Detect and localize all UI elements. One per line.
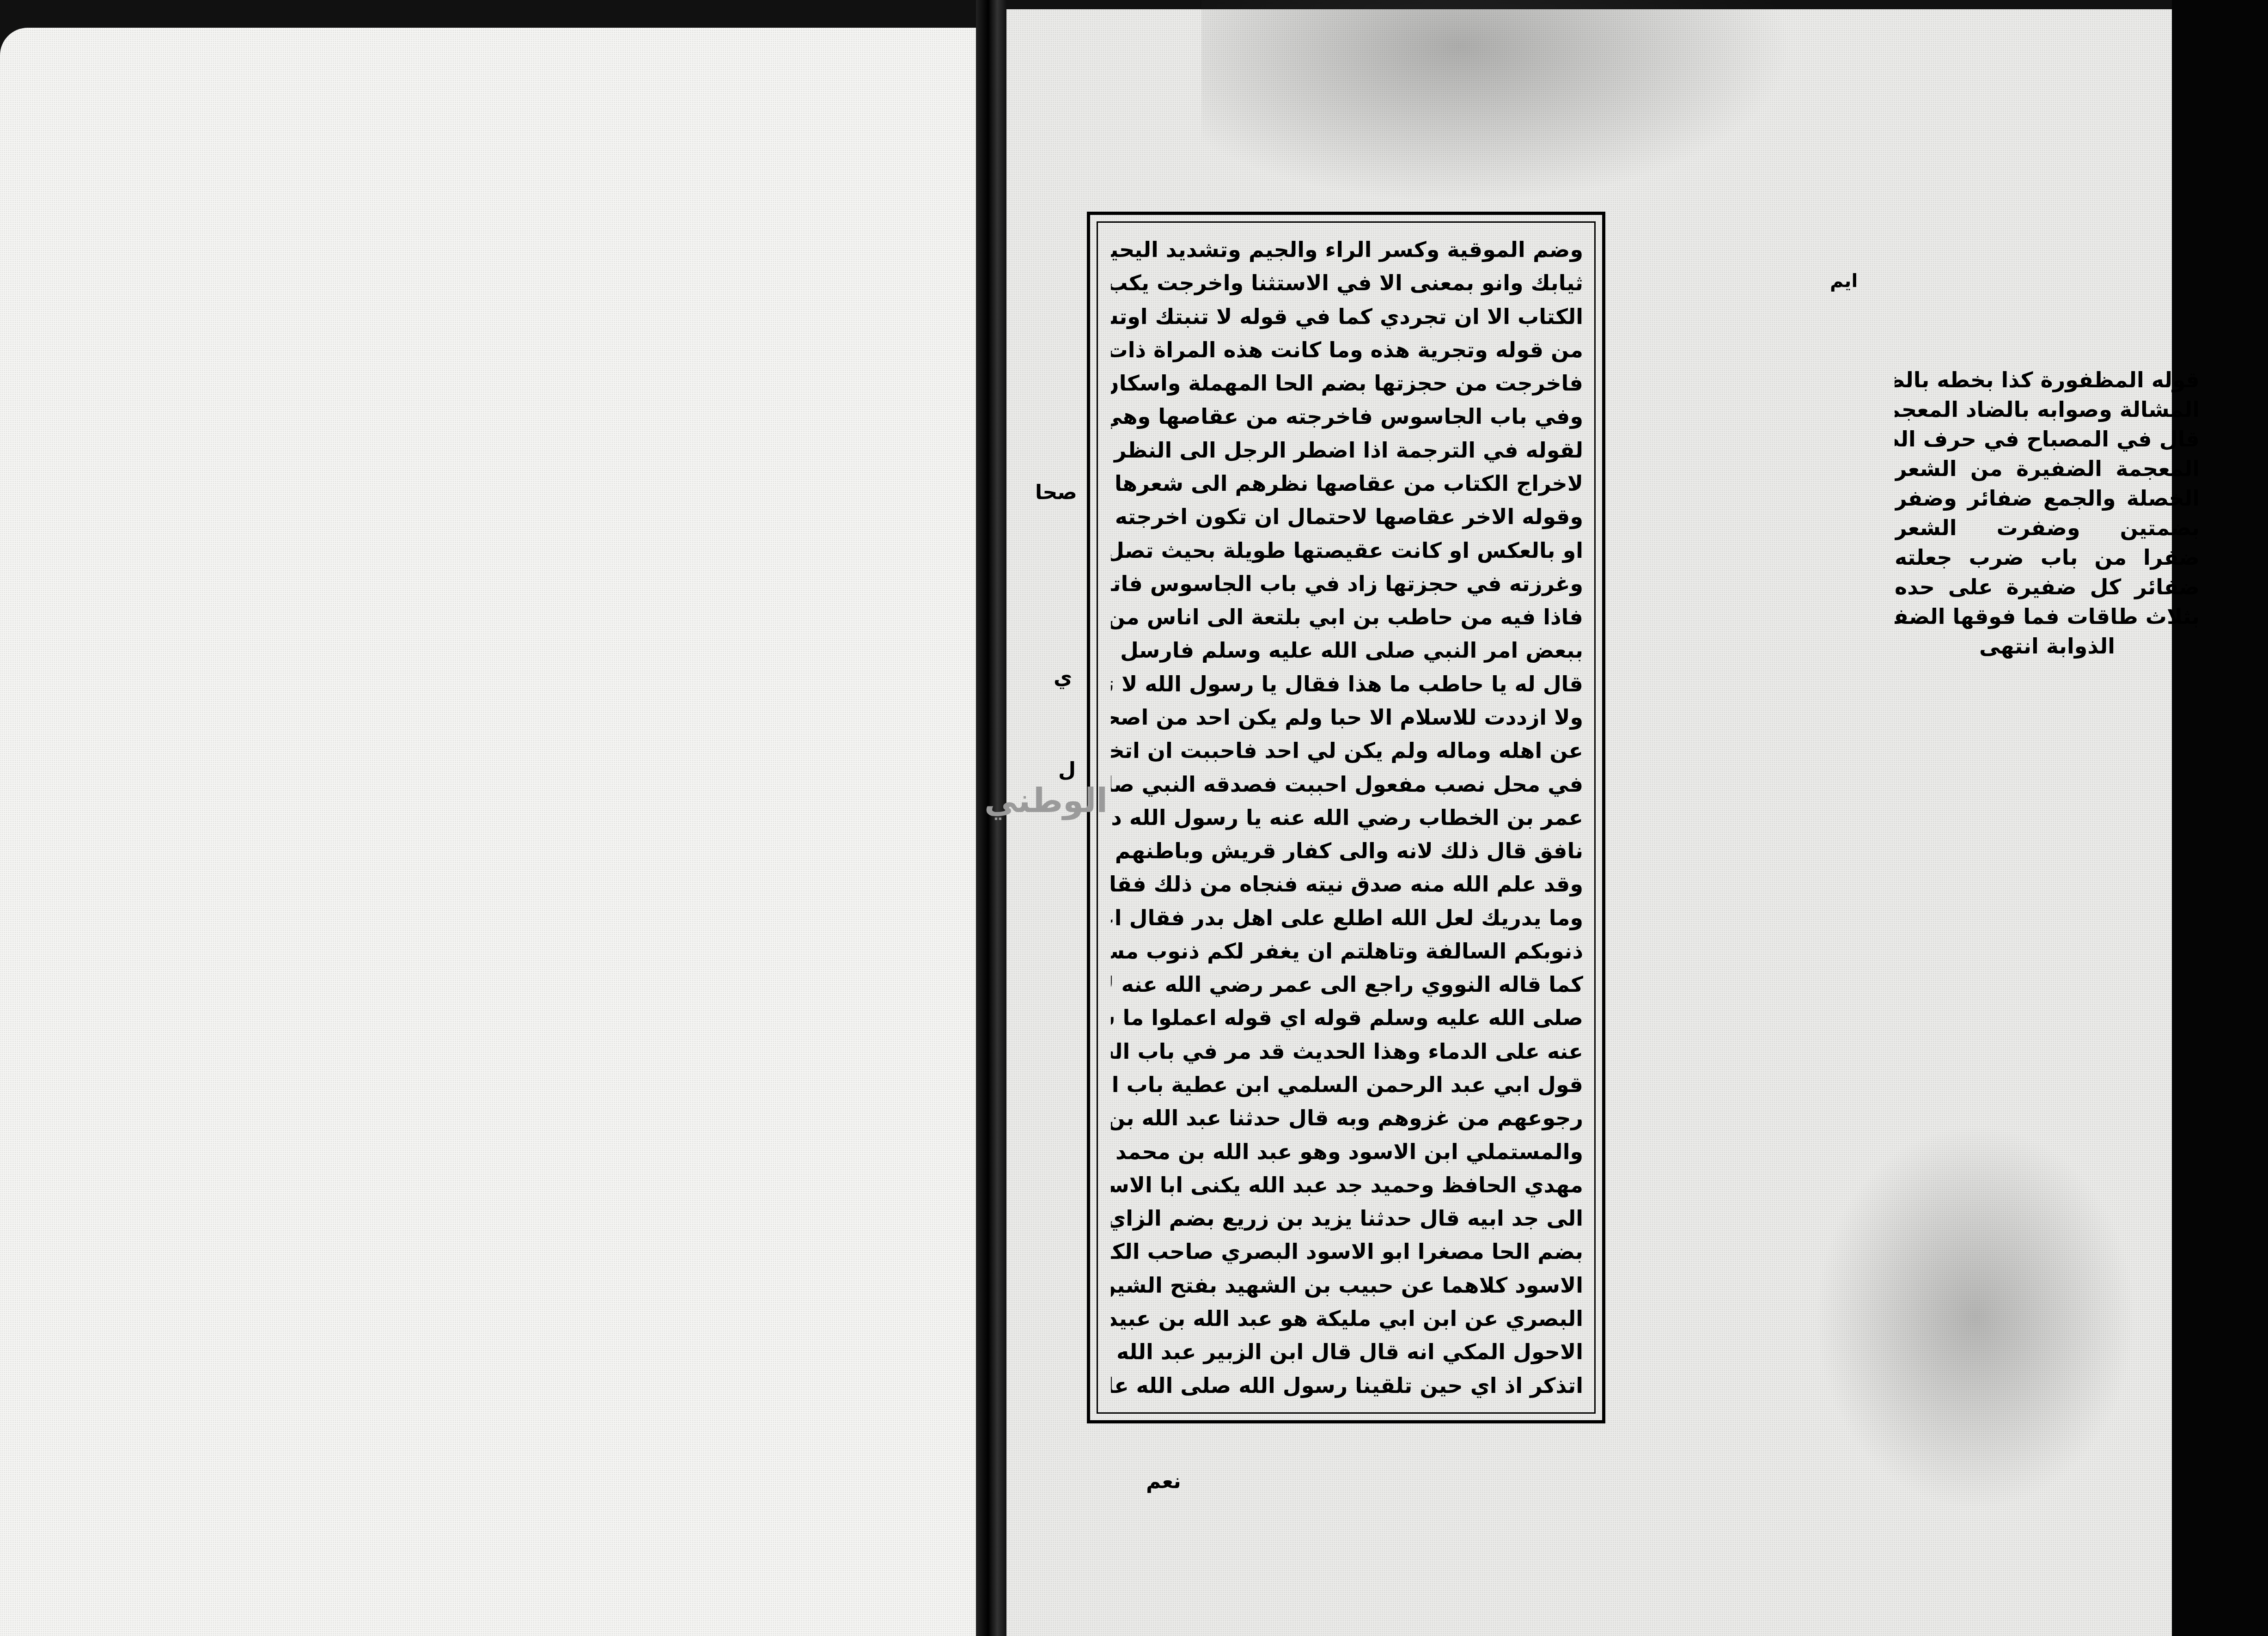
- gloss-line: الذوابة انتهى: [1895, 631, 2200, 661]
- text-line: وضم الموقية وكسر الراء والجيم وتشديد الي…: [1111, 233, 1583, 266]
- margin-gloss-right: قوله المظفورة كذا بخطه بالظاء المشالة وص…: [1895, 365, 2200, 661]
- gloss-line: قال في المصباح في حرف الضاد: [1895, 424, 2200, 454]
- water-stain: [1201, 0, 1848, 231]
- gloss-line: بضمتين وضفرت الشعر: [1895, 513, 2200, 543]
- text-line: كما قاله النووي راجع الى عمر رضي الله عن…: [1111, 968, 1583, 1001]
- gloss-line: ضفرا من باب ضرب جعلته: [1895, 543, 2200, 572]
- text-line: مهدي الحافظ وحميد جد عبد الله يكنى ابا ا…: [1111, 1168, 1583, 1202]
- gloss-line: المشالة وصوابه بالضاد المعجمة: [1895, 395, 2200, 424]
- text-line: عنه على الدماء وهذا الحديث قد مر في باب …: [1111, 1035, 1583, 1068]
- text-line: من قوله وتجرية هذه وما كانت هذه المراة ذ…: [1111, 333, 1583, 366]
- text-line: وما يدريك لعل الله اطلع على اهل بدر فقال…: [1111, 901, 1583, 934]
- text-line: ببعض امر النبي صلى الله عليه وسلم فارسل …: [1111, 634, 1583, 667]
- gloss-line: المعجمة الضفيرة من الشعر: [1895, 454, 2200, 483]
- text-line: لاخراج الكتاب من عقاصها نظرهم الى شعرها …: [1111, 467, 1583, 500]
- catchword: نعم: [1146, 1470, 1181, 1493]
- text-line: ذنوبكم السالفة وتاهلتم ان يغفر لكم ذنوب …: [1111, 934, 1583, 968]
- margin-mark-aym: ايم: [1830, 270, 1858, 292]
- text-line: في محل نصب مفعول احببت فصدقه النبي صلى ا…: [1111, 768, 1583, 801]
- text-line: قال له يا حاطب ما هذا فقال يا رسول الله …: [1111, 667, 1583, 701]
- scan-background-edge: [2172, 0, 2268, 1636]
- margin-mark-saha: صحا: [1035, 481, 1077, 504]
- text-line: فاخرجت من حجزتها بضم الحا المهملة واسكان…: [1111, 366, 1583, 400]
- text-line: وفي باب الجاسوس فاخرجته من عقاصها وهي شع…: [1111, 400, 1583, 433]
- text-frame-inner-rule: وضم الموقية وكسر الراء والجيم وتشديد الي…: [1097, 221, 1596, 1414]
- text-line: البصري عن ابن ابي مليكة هو عبد الله بن ع…: [1111, 1302, 1583, 1335]
- text-line: وقد علم الله منه صدق نيته فنجاه من ذلك ف…: [1111, 867, 1583, 901]
- text-line: الاحول المكي انه قال قال ابن الزبير عبد …: [1111, 1335, 1583, 1368]
- text-line: ولا ازددت للاسلام الا حبا ولم يكن احد من…: [1111, 701, 1583, 734]
- text-line: فاذا فيه من حاطب بن ابي بلتعة الى اناس م…: [1111, 600, 1583, 634]
- text-line: صلى الله عليه وسلم قوله اي قوله اعملوا م…: [1111, 1001, 1583, 1034]
- left-page-blank: [0, 28, 976, 1636]
- gloss-line: بثلاث طاقات فما فوقها الضفيرة: [1895, 602, 2200, 631]
- gloss-line: قوله المظفورة كذا بخطه بالظاء: [1895, 365, 2200, 395]
- gloss-line: ضفائر كل ضفيرة على حده: [1895, 572, 2200, 602]
- text-line: عمر بن الخطاب رضي الله عنه يا رسول الله …: [1111, 801, 1583, 834]
- text-line: لقوله في الترجمة اذا اضطر الرجل الى النظ…: [1111, 433, 1583, 467]
- margin-mark-ya: ي: [1054, 665, 1072, 689]
- text-line: اتذكر اذ اي حين تلقينا رسول الله صلى الل…: [1111, 1369, 1583, 1402]
- text-line: او بالعكس او كانت عقيصتها طويلة بحيث تصل…: [1111, 534, 1583, 567]
- text-line: والمستملي ابن الاسود وهو عبد الله بن محم…: [1111, 1135, 1583, 1168]
- text-line: بضم الحا مصغرا ابو الاسود البصري صاحب ال…: [1111, 1235, 1583, 1268]
- text-line: الى جد ابيه قال حدثنا يزيد بن زريع بضم ا…: [1111, 1202, 1583, 1235]
- gloss-line: الخصلة والجمع ضفائر وضفر: [1895, 483, 2200, 513]
- margin-mark-lam: ل: [1058, 758, 1076, 781]
- text-frame: وضم الموقية وكسر الراء والجيم وتشديد الي…: [1087, 212, 1605, 1423]
- text-line: عن اهله وماله ولم يكن لي احد فاحببت ان ا…: [1111, 734, 1583, 767]
- text-line: رجوعهم من غزوهم وبه قال حدثنا عبد الله ب…: [1111, 1101, 1583, 1135]
- text-line: وغرزته في حجزتها زاد في باب الجاسوس فاتي…: [1111, 567, 1583, 600]
- text-line: الاسود كلاهما عن حبيب بن الشهيد بفتح الش…: [1111, 1269, 1583, 1302]
- main-text-block: وضم الموقية وكسر الراء والجيم وتشديد الي…: [1111, 233, 1583, 1402]
- library-stamp: الوطني: [984, 781, 1108, 820]
- text-line: الكتاب الا ان تجردي كما في قوله لا تنبتك…: [1111, 300, 1583, 333]
- text-line: وقوله الاخر عقاصها لاحتمال ان تكون اخرجت…: [1111, 500, 1583, 533]
- text-line: ثيابك وانو بمعنى الا في الاستثنا واخرجت …: [1111, 266, 1583, 299]
- text-line: نافق قال ذلك لانه والى كفار قريش وباطنهم…: [1111, 834, 1583, 867]
- water-stain-lower: [1802, 1109, 2149, 1525]
- text-line: قول ابي عبد الرحمن السلمي ابن عطية باب ا…: [1111, 1068, 1583, 1101]
